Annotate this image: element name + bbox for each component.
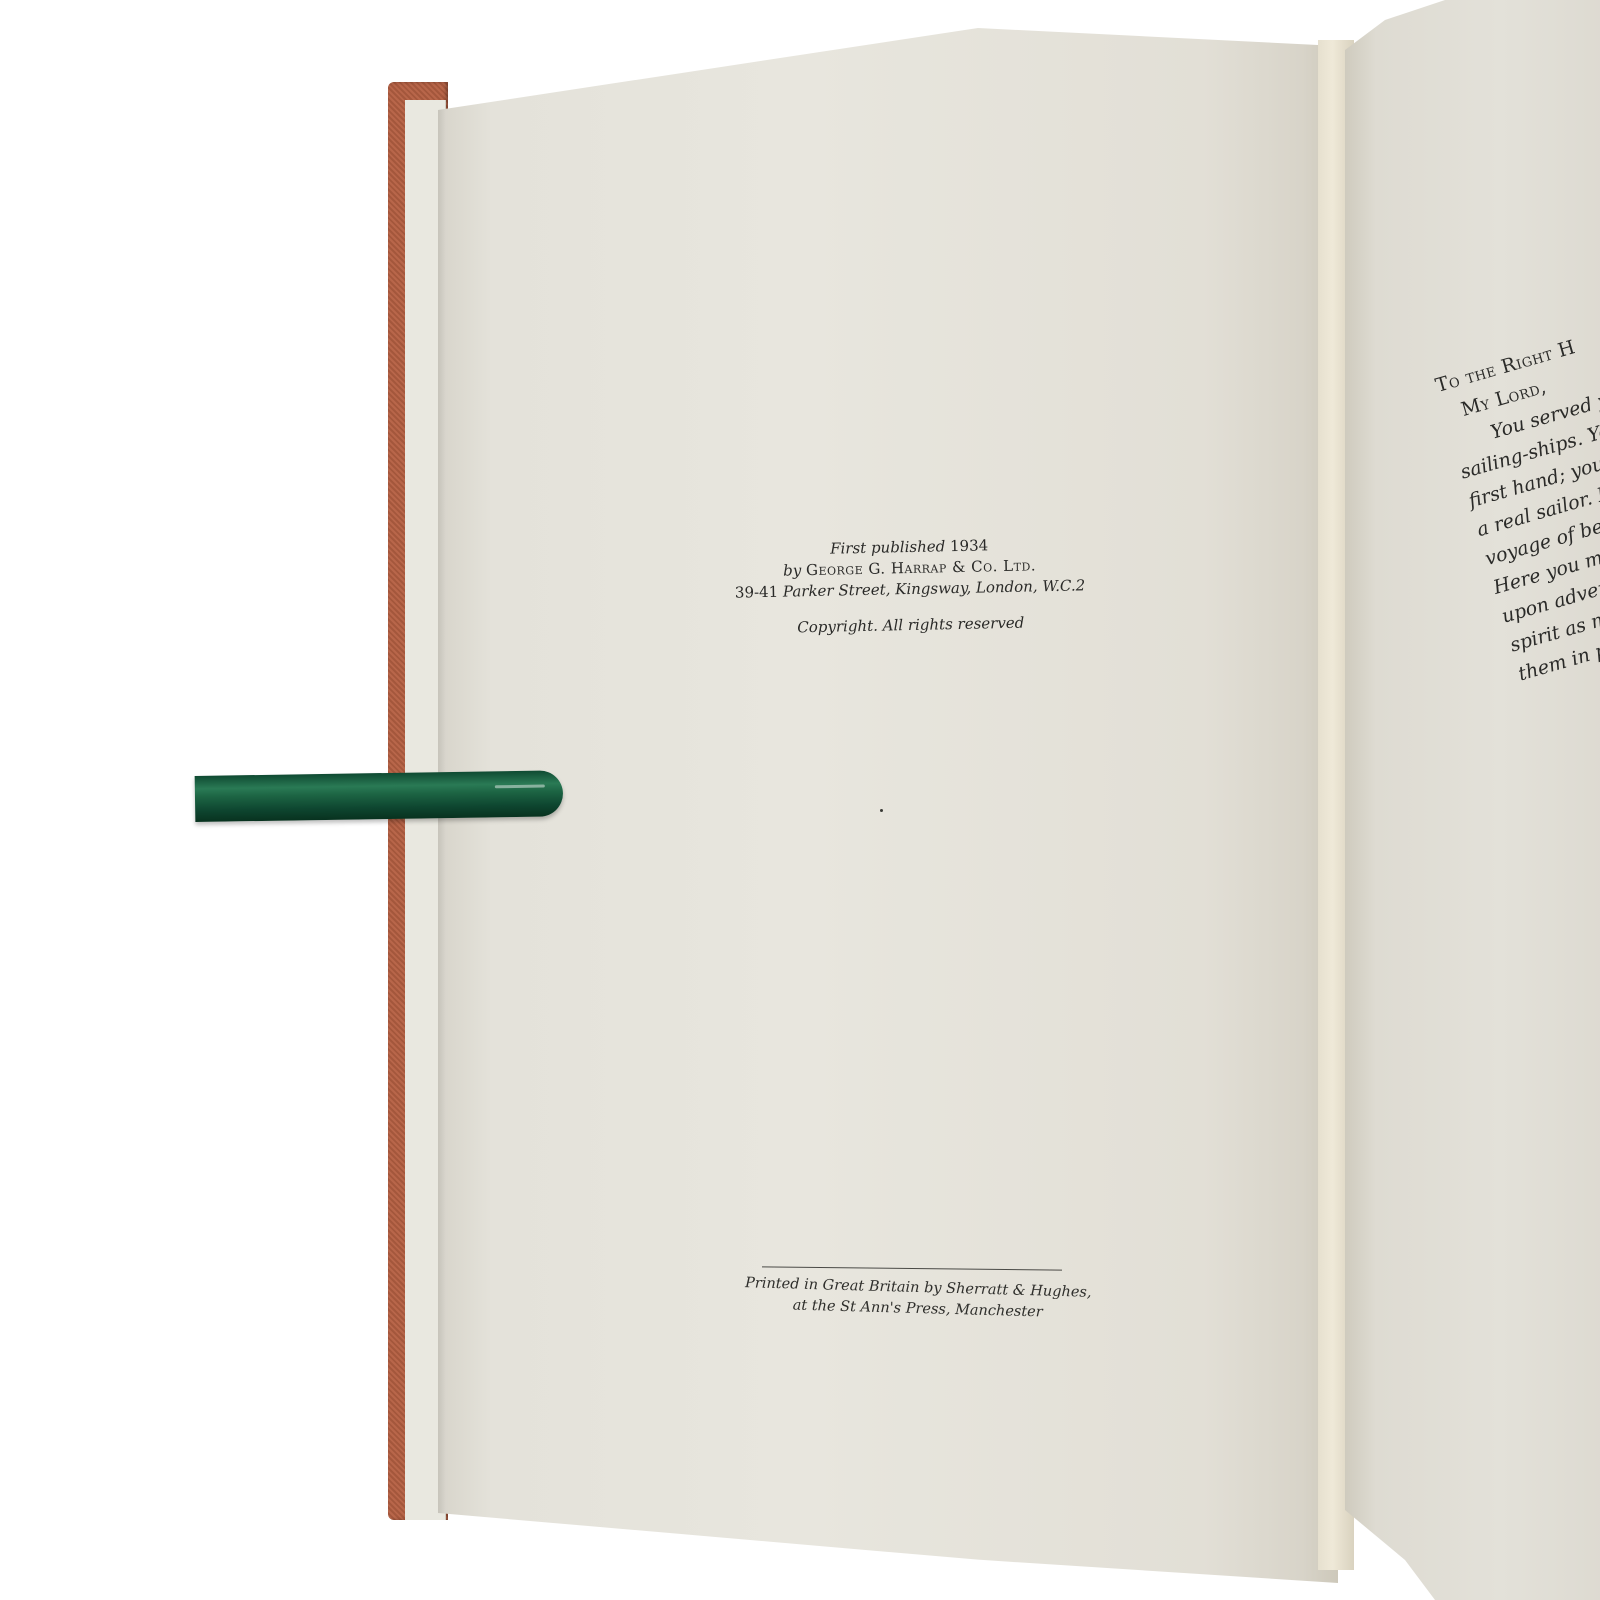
by-label: by	[783, 561, 801, 579]
street-number: 39-41	[735, 583, 779, 602]
green-pencil	[195, 770, 564, 822]
right-page	[1345, 0, 1600, 1600]
book-photo: First published 1934 by George G. Harrap…	[0, 0, 1600, 1600]
publication-imprint: First published 1934 by George G. Harrap…	[699, 533, 1121, 641]
left-page	[438, 28, 1338, 1583]
publisher-name: George G. Harrap & Co. Ltd.	[806, 556, 1036, 579]
publication-year: 1934	[950, 536, 989, 555]
page-speck	[880, 809, 883, 812]
first-published-label: First published	[830, 537, 946, 557]
publisher-address: Parker Street, Kingsway, London, W.C.2	[783, 576, 1086, 600]
